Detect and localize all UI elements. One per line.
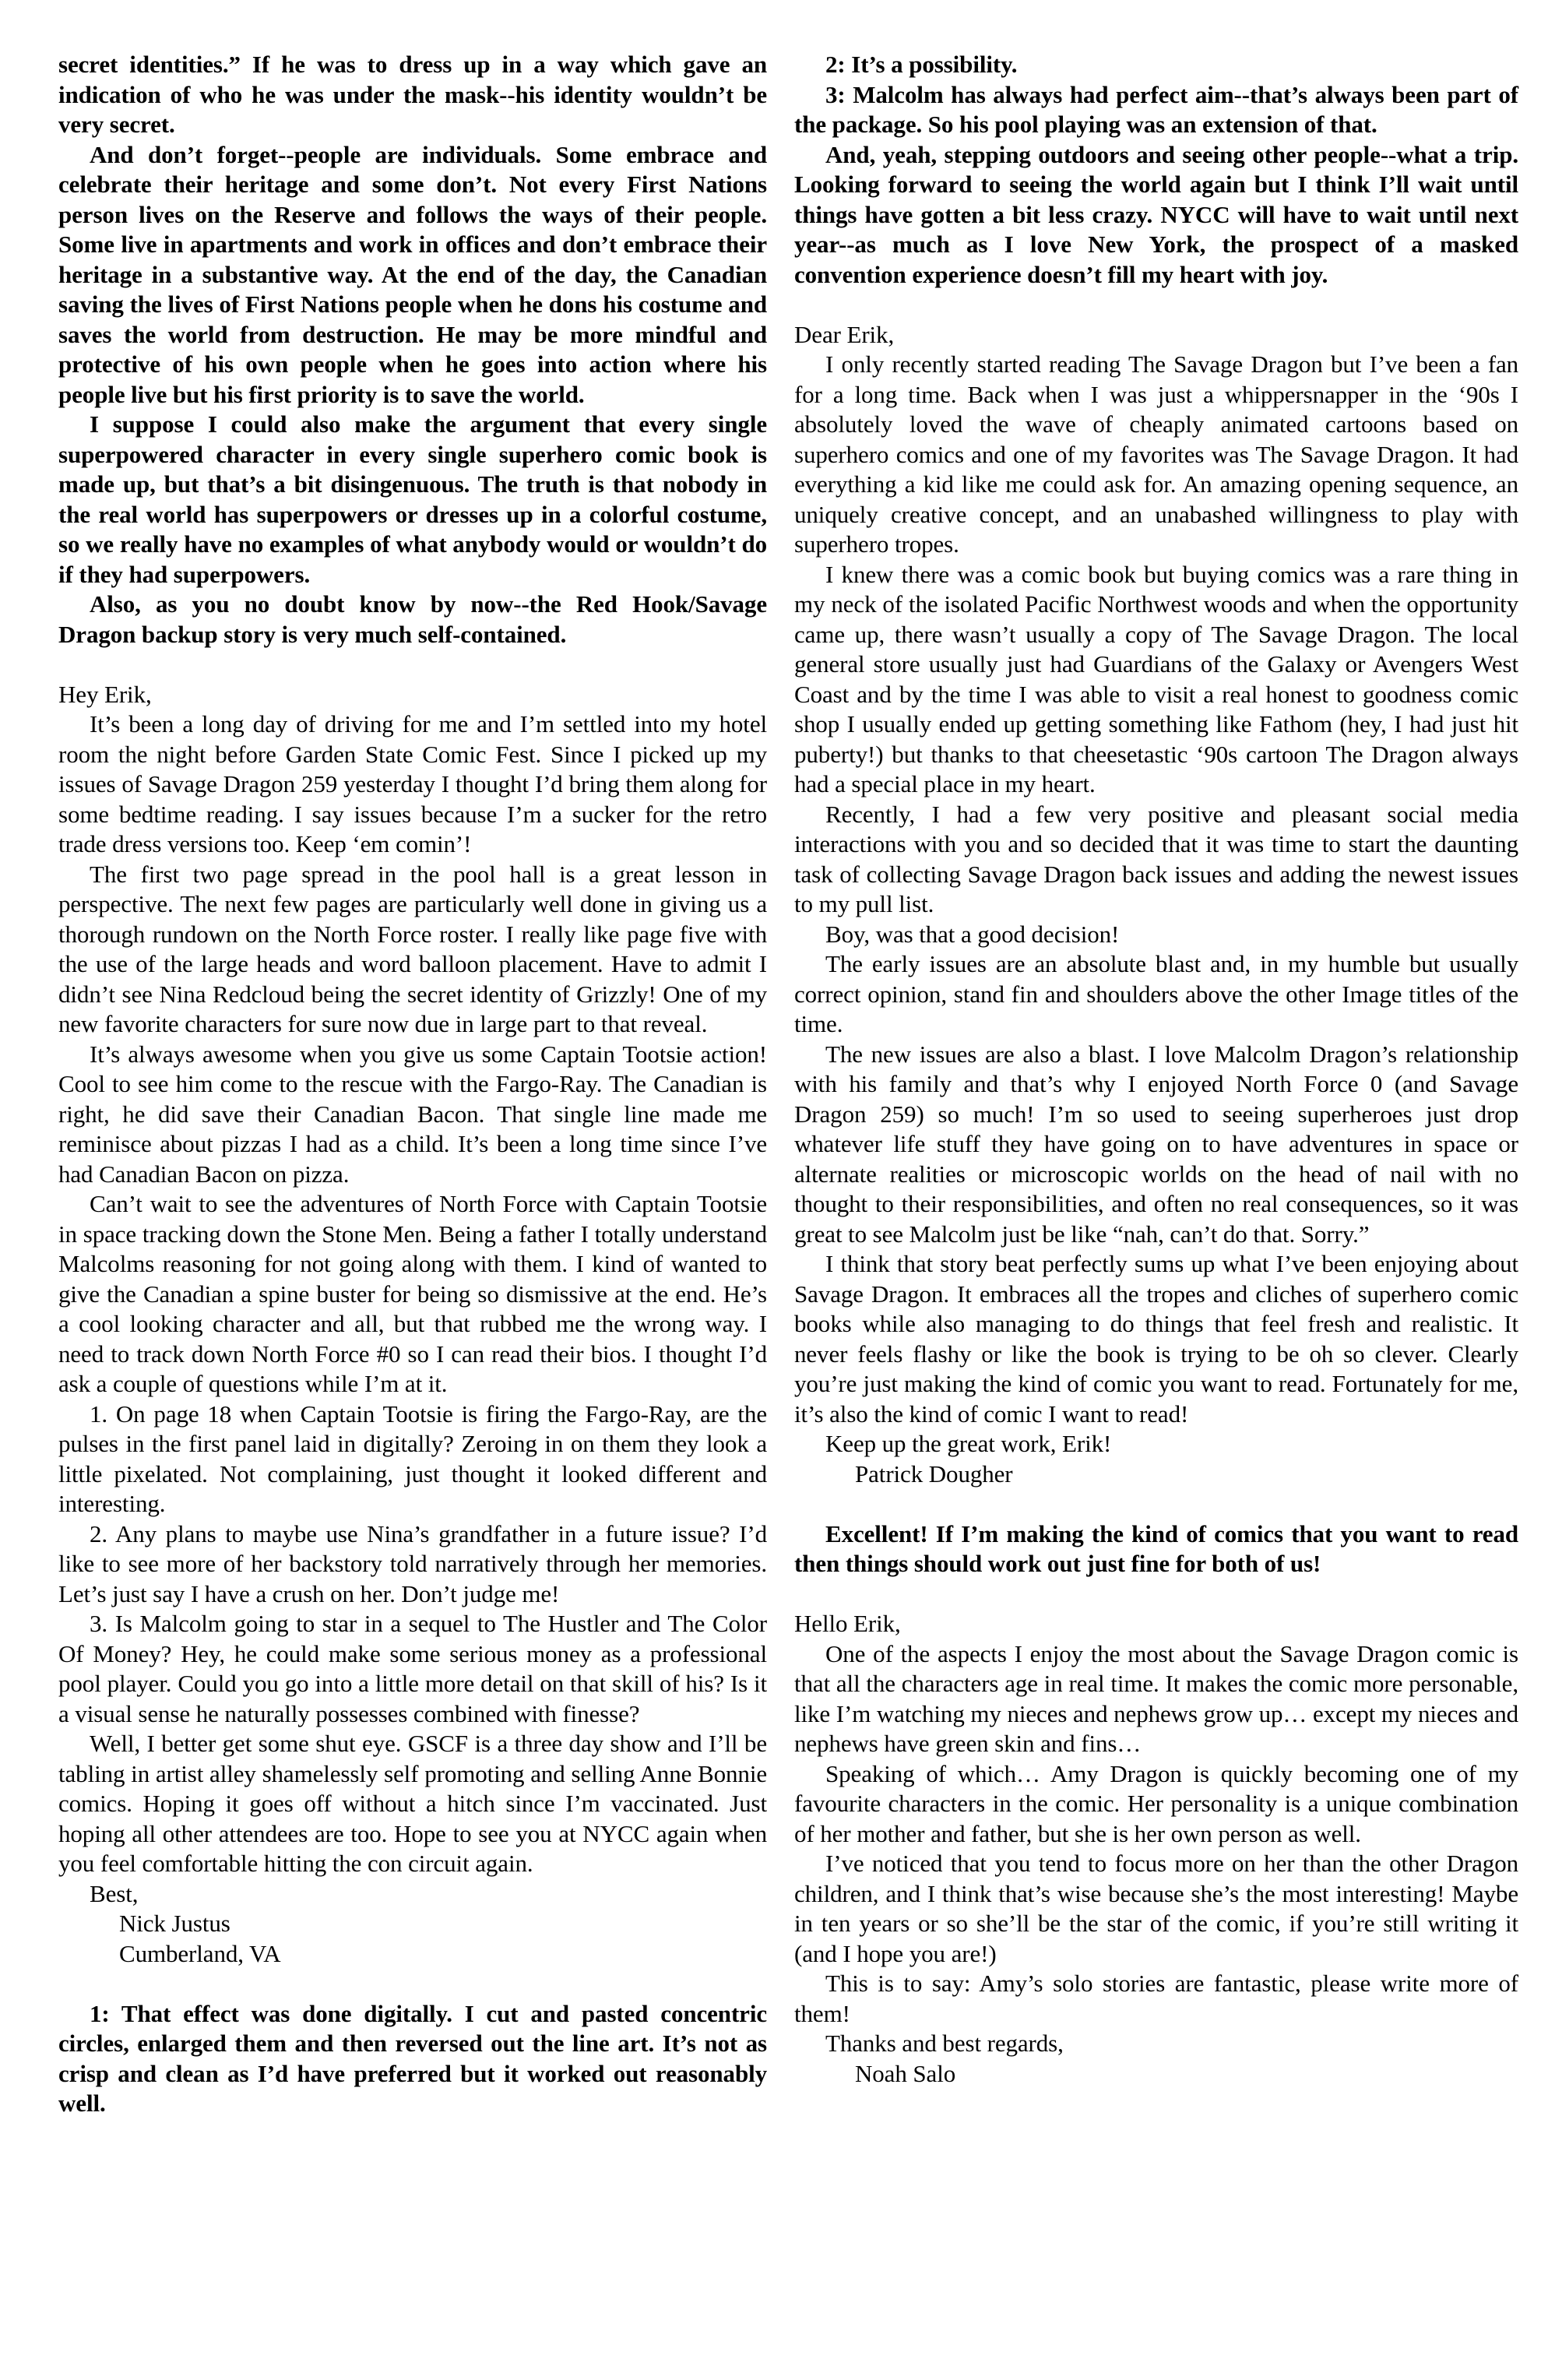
letter-paragraph: Well, I better get some shut eye. GSCF i… xyxy=(58,1729,767,1879)
editor-response-paragraph: I suppose I could also make the argument… xyxy=(58,410,767,590)
editor-response-paragraph: Excellent! If I’m making the kind of com… xyxy=(794,1519,1518,1579)
signature-name: Nick Justus xyxy=(58,1909,767,1939)
closing-line: Thanks and best regards, xyxy=(794,2029,1518,2059)
letters-page: secret identities.” If he was to dress u… xyxy=(0,0,1548,2380)
salutation-line: Dear Erik, xyxy=(794,320,1518,350)
closing-line: Keep up the great work, Erik! xyxy=(794,1429,1518,1459)
closing-line: Best, xyxy=(58,1879,767,1910)
editor-response-paragraph: 2: It’s a possibility. xyxy=(794,50,1518,80)
editor-response-paragraph: 3: Malcolm has always had perfect aim--t… xyxy=(794,80,1518,140)
letter-paragraph: It’s been a long day of driving for me a… xyxy=(58,709,767,860)
letter-paragraph: I knew there was a comic book but buying… xyxy=(794,560,1518,800)
editor-response-paragraph: And, yeah, stepping outdoors and seeing … xyxy=(794,140,1518,290)
letters-column-left: secret identities.” If he was to dress u… xyxy=(58,50,767,2380)
letter-paragraph: 2. Any plans to maybe use Nina’s grandfa… xyxy=(58,1519,767,1610)
letter-paragraph: 1. On page 18 when Captain Tootsie is fi… xyxy=(58,1399,767,1519)
editor-response-paragraph: Also, as you no doubt know by now--the R… xyxy=(58,590,767,650)
letter-paragraph: Can’t wait to see the adventures of Nort… xyxy=(58,1189,767,1399)
letter-paragraph: I only recently started reading The Sava… xyxy=(794,350,1518,560)
editor-response-paragraph: secret identities.” If he was to dress u… xyxy=(58,50,767,140)
letter-paragraph: It’s always awesome when you give us som… xyxy=(58,1040,767,1190)
signature-name: Patrick Dougher xyxy=(794,1459,1518,1490)
letter-paragraph: Recently, I had a few very positive and … xyxy=(794,800,1518,920)
salutation-line: Hello Erik, xyxy=(794,1609,1518,1639)
salutation-line: Hey Erik, xyxy=(58,680,767,710)
letter-paragraph: The first two page spread in the pool ha… xyxy=(58,860,767,1040)
signature-location: Cumberland, VA xyxy=(58,1939,767,1970)
letter-paragraph: The new issues are also a blast. I love … xyxy=(794,1040,1518,1250)
letter-paragraph: One of the aspects I enjoy the most abou… xyxy=(794,1639,1518,1759)
letter-paragraph: 3. Is Malcolm going to star in a sequel … xyxy=(58,1609,767,1729)
letter-paragraph: Boy, was that a good decision! xyxy=(794,920,1518,950)
letter-paragraph: Speaking of which… Amy Dragon is quickly… xyxy=(794,1759,1518,1850)
letters-column-right: 2: It’s a possibility.3: Malcolm has alw… xyxy=(794,50,1518,2380)
letter-paragraph: I think that story beat perfectly sums u… xyxy=(794,1249,1518,1429)
signature-name: Noah Salo xyxy=(794,2059,1518,2090)
letter-paragraph: This is to say: Amy’s solo stories are f… xyxy=(794,1969,1518,2029)
editor-response-paragraph: And don’t forget--people are individuals… xyxy=(58,140,767,410)
letter-paragraph: I’ve noticed that you tend to focus more… xyxy=(794,1849,1518,1969)
letter-paragraph: The early issues are an absolute blast a… xyxy=(794,949,1518,1040)
editor-response-paragraph: 1: That effect was done digitally. I cut… xyxy=(58,1999,767,2119)
